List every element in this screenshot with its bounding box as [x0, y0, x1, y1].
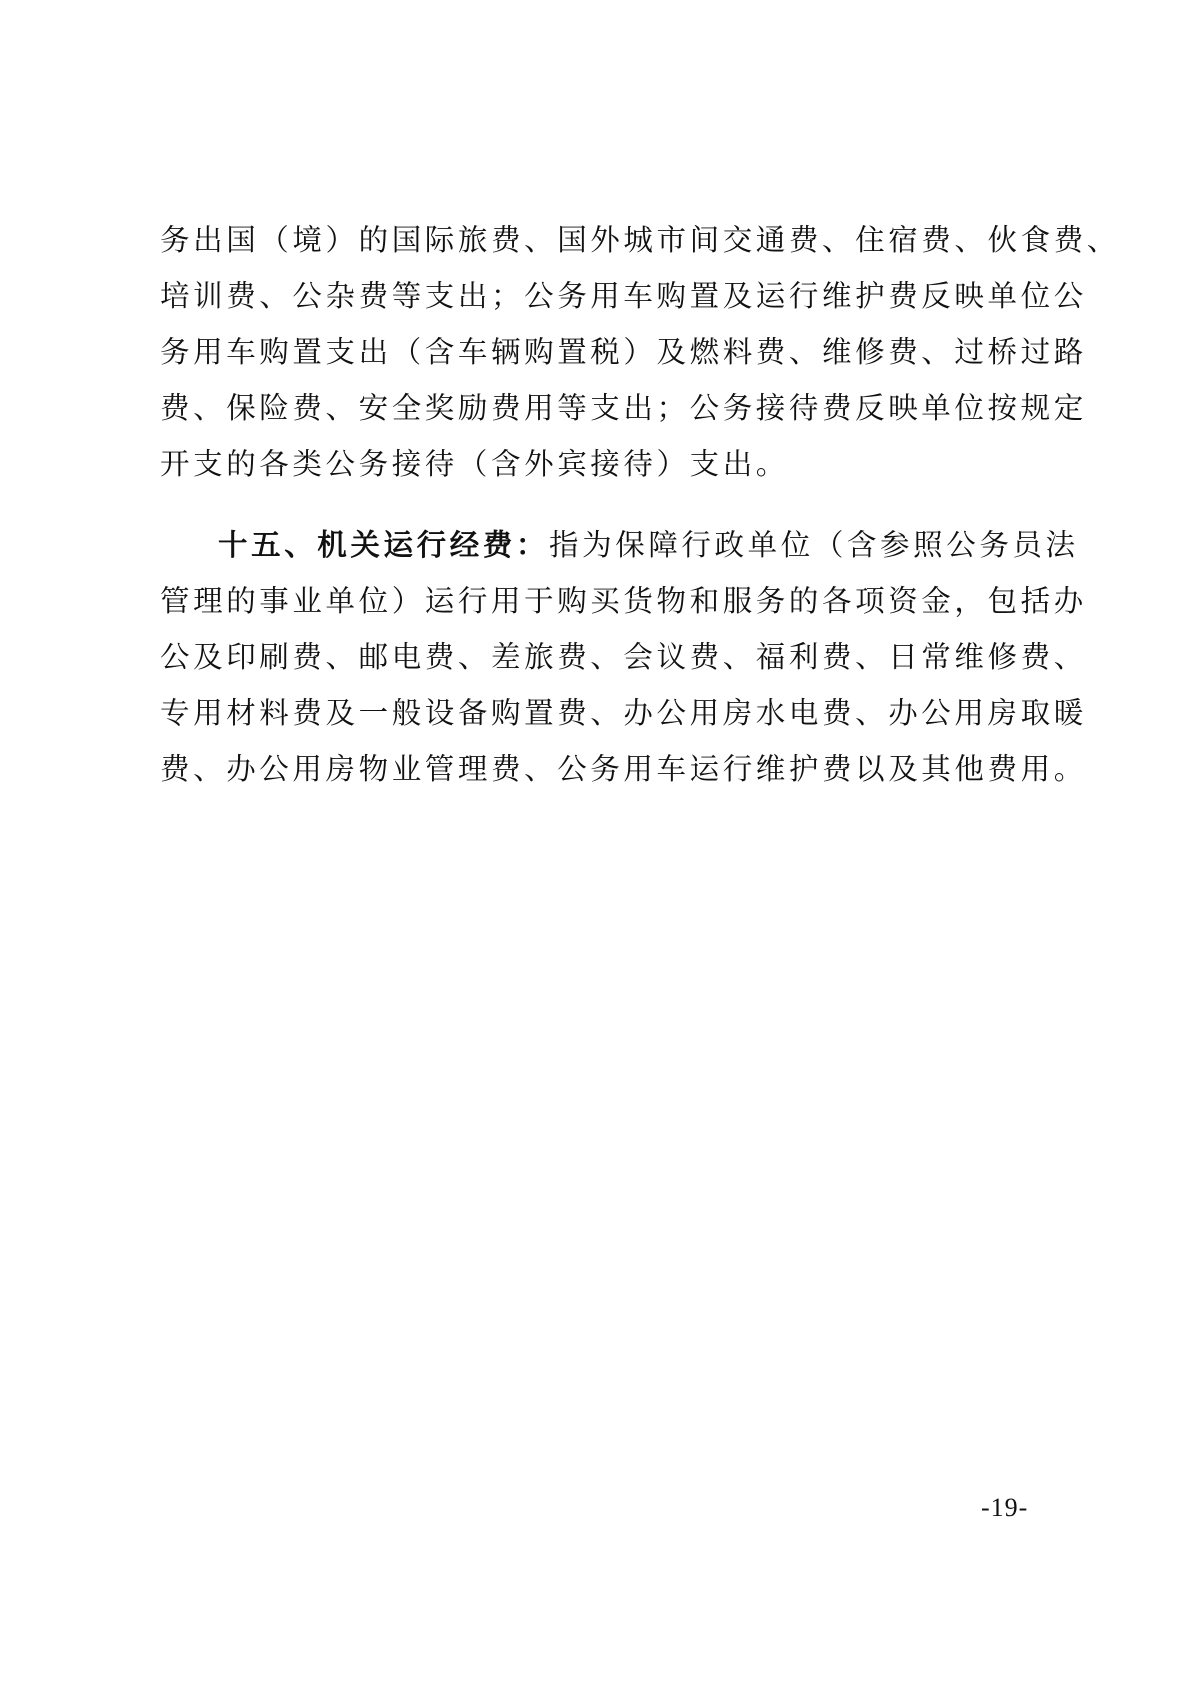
- heading-colon: ：: [516, 528, 549, 562]
- paragraph-line: 培训费、公杂费等支出；公务用车购置及运行维护费反映单位公: [160, 278, 1040, 314]
- paragraph-line: 管理的事业单位）运行用于购买货物和服务的各项资金，包括办: [160, 583, 1040, 619]
- paragraph-line: 费、办公用房物业管理费、公务用车运行维护费以及其他费用。: [160, 751, 1040, 787]
- paragraph-line: 开支的各类公务接待（含外宾接待）支出。: [160, 446, 1040, 482]
- paragraph-line: 务用车购置支出（含车辆购置税）及燃料费、维修费、过桥过路: [160, 334, 1040, 370]
- document-page: 务出国（境）的国际旅费、国外城市间交通费、住宿费、伙食费、 培训费、公杂费等支出…: [0, 0, 1190, 1683]
- paragraph-line: 费、保险费、安全奖励费用等支出；公务接待费反映单位按规定: [160, 390, 1040, 426]
- page-number: -19-: [981, 1493, 1028, 1523]
- paragraph-line: 务出国（境）的国际旅费、国外城市间交通费、住宿费、伙食费、: [160, 222, 1040, 258]
- section-text: 指为保障行政单位（含参照公务员法: [549, 528, 1079, 562]
- paragraph-line: 专用材料费及一般设备购置费、办公用房水电费、办公用房取暖: [160, 695, 1040, 731]
- section-heading: 十五、机关运行经费: [218, 528, 516, 562]
- paragraph-line: 公及印刷费、邮电费、差旅费、会议费、福利费、日常维修费、: [160, 639, 1040, 675]
- section-15-first-line: 十五、机关运行经费：指为保障行政单位（含参照公务员法: [218, 527, 1040, 563]
